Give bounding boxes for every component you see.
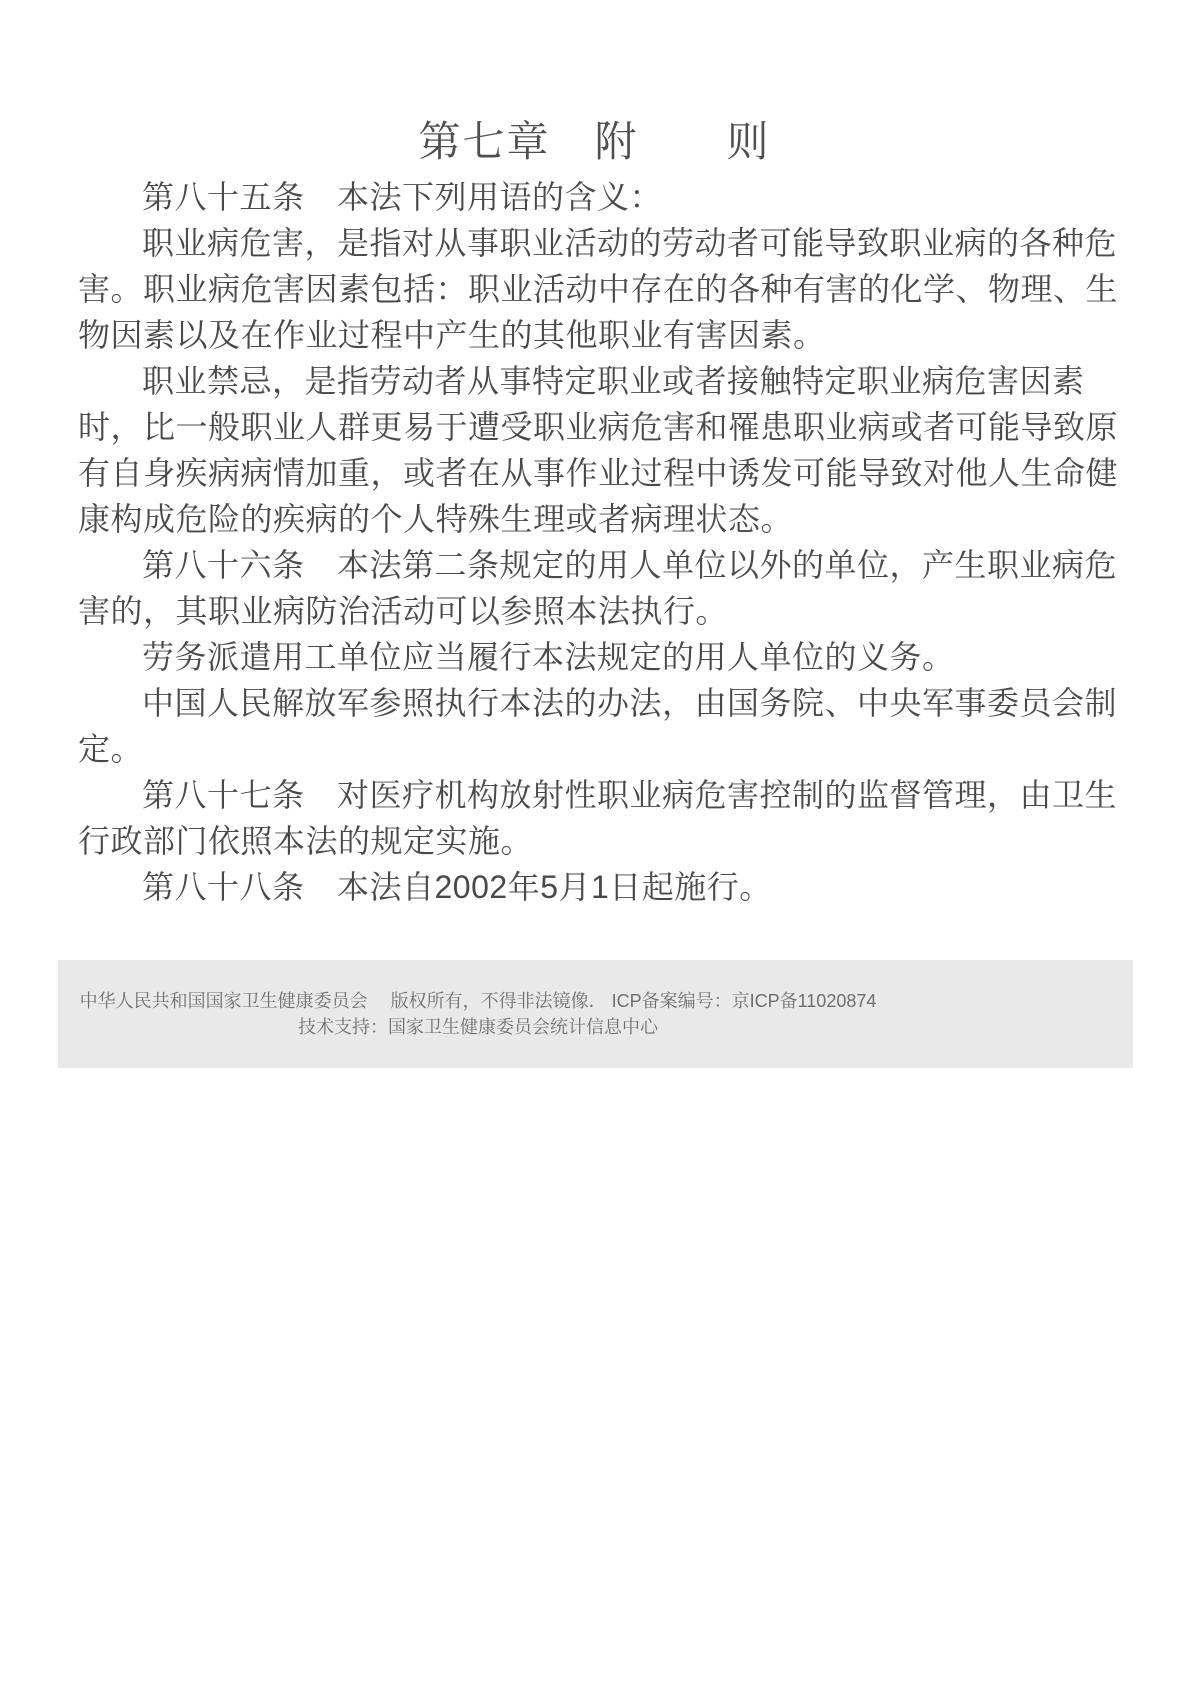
footer-copyright-line: 中华人民共和国国家卫生健康委员会 版权所有，不得非法镜像． ICP备案编号：京I…: [58, 988, 898, 1014]
document-body: 第八十五条 本法下列用语的含义： 职业病危害，是指对从事职业活动的劳动者可能导致…: [78, 174, 1118, 910]
page-footer: 中华人民共和国国家卫生健康委员会 版权所有，不得非法镜像． ICP备案编号：京I…: [58, 960, 1133, 1068]
definition-occupational-contraindication: 职业禁忌，是指劳动者从事特定职业或者接触特定职业病危害因素时，比一般职业人群更易…: [78, 358, 1118, 542]
article-88-effective-date: 第八十八条 本法自2002年5月1日起施行。: [78, 864, 1118, 910]
article-86-clause-2: 劳务派遣用工单位应当履行本法规定的用人单位的义务。: [78, 634, 1118, 680]
article-86-clause-3: 中国人民解放军参照执行本法的办法，由国务院、中央军事委员会制定。: [78, 680, 1118, 772]
footer-support-line: 技术支持：国家卫生健康委员会统计信息中心: [58, 1014, 898, 1040]
article-85-lead: 第八十五条 本法下列用语的含义：: [78, 174, 1118, 220]
definition-occupational-disease-hazard: 职业病危害，是指对从事职业活动的劳动者可能导致职业病的各种危害。职业病危害因素包…: [78, 220, 1118, 358]
footer-text-block: 中华人民共和国国家卫生健康委员会 版权所有，不得非法镜像． ICP备案编号：京I…: [58, 988, 898, 1040]
article-86-clause-1: 第八十六条 本法第二条规定的用人单位以外的单位，产生职业病危害的，其职业病防治活…: [78, 542, 1118, 634]
law-document-page: 第七章 附 则 第八十五条 本法下列用语的含义： 职业病危害，是指对从事职业活动…: [0, 0, 1189, 1068]
chapter-title: 第七章 附 则: [0, 118, 1189, 168]
article-87: 第八十七条 对医疗机构放射性职业病危害控制的监督管理，由卫生行政部门依照本法的规…: [78, 772, 1118, 864]
